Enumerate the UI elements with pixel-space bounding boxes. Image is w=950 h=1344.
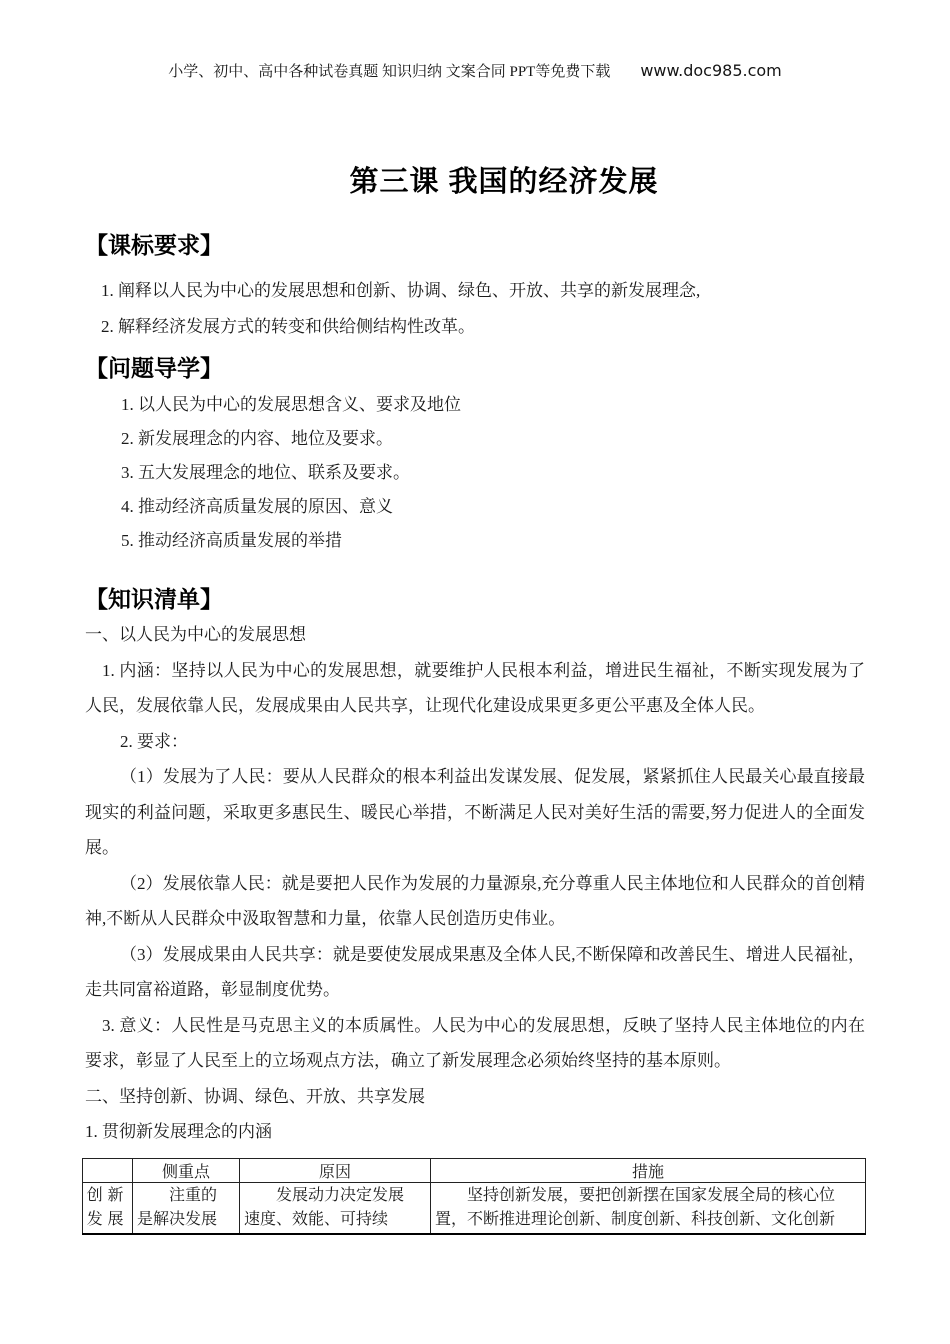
guide-question-item: 4. 推动经济高质量发展的原因、意义 bbox=[85, 490, 865, 524]
document-page: 小学、初中、高中各种试卷真题 知识归纳 文案合同 PPT等免费下载www.doc… bbox=[0, 0, 950, 1235]
table-cell-focus: 注重的 是解决发展 bbox=[133, 1182, 240, 1234]
table-row: 创新 发展 注重的 是解决发展 发展动力决定发展 速度、效能、可持续 坚持创新发… bbox=[83, 1182, 866, 1234]
table-cell-label: 创新 发展 bbox=[83, 1182, 133, 1234]
site-header: 小学、初中、高中各种试卷真题 知识归纳 文案合同 PPT等免费下载www.doc… bbox=[0, 0, 950, 83]
new-development-concepts-table-wrap: 侧重点 原因 措施 创新 发展 注重的 是解决发展 发展动力决定发展 速度、效能… bbox=[85, 1158, 865, 1235]
new-development-concepts-table: 侧重点 原因 措施 创新 发展 注重的 是解决发展 发展动力决定发展 速度、效能… bbox=[82, 1158, 866, 1235]
knowledge-paragraph: （1）发展为了人民：要从人民群众的根本利益出发谋发展、促发展，紧紧抓住人民最关心… bbox=[85, 759, 865, 866]
curriculum-requirements-list: 1. 阐释以人民为中心的发展思想和创新、协调、绿色、开放、共享的新发展理念, 2… bbox=[85, 273, 865, 344]
section-heading-knowledge-list: 【知识清单】 bbox=[85, 583, 865, 615]
section-heading-guiding-questions: 【问题导学】 bbox=[85, 352, 865, 384]
site-info-text: 小学、初中、高中各种试卷真题 知识归纳 文案合同 PPT等免费下载 bbox=[168, 64, 610, 80]
table-header-empty bbox=[83, 1158, 133, 1182]
knowledge-subheading: 1. 贯彻新发展理念的内涵 bbox=[85, 1114, 865, 1150]
guide-question-item: 5. 推动经济高质量发展的举措 bbox=[85, 524, 865, 558]
requirement-item: 1. 阐释以人民为中心的发展思想和创新、协调、绿色、开放、共享的新发展理念, bbox=[85, 273, 865, 309]
knowledge-paragraph: 2. 要求： bbox=[85, 724, 865, 760]
knowledge-paragraph: （2）发展依靠人民：就是要把人民作为发展的力量源泉,充分尊重人民主体地位和人民群… bbox=[85, 866, 865, 937]
guide-question-item: 2. 新发展理念的内容、地位及要求。 bbox=[85, 422, 865, 456]
page-title: 第三课 我国的经济发展 bbox=[85, 161, 865, 203]
table-header-measures: 措施 bbox=[431, 1158, 866, 1182]
section-heading-curriculum-requirements: 【课标要求】 bbox=[85, 229, 865, 261]
table-header-focus: 侧重点 bbox=[133, 1158, 240, 1182]
knowledge-paragraph: 1. 内涵：坚持以人民为中心的发展思想，就要维护人民根本利益，增进民生福祉，不断… bbox=[85, 653, 865, 724]
site-url: www.doc985.com bbox=[640, 61, 781, 80]
knowledge-subheading: 二、坚持创新、协调、绿色、开放、共享发展 bbox=[85, 1079, 865, 1115]
table-cell-reason: 发展动力决定发展 速度、效能、可持续 bbox=[240, 1182, 431, 1234]
knowledge-body: 一、以人民为中心的发展思想 1. 内涵：坚持以人民为中心的发展思想，就要维护人民… bbox=[85, 617, 865, 1150]
guide-question-item: 1. 以人民为中心的发展思想含义、要求及地位 bbox=[85, 388, 865, 422]
requirement-item: 2. 解释经济发展方式的转变和供给侧结构性改革。 bbox=[85, 309, 865, 345]
document-content: 第三课 我国的经济发展 【课标要求】 1. 阐释以人民为中心的发展思想和创新、协… bbox=[0, 161, 950, 1235]
knowledge-paragraph: （3）发展成果由人民共享：就是要使发展成果惠及全体人民,不断保障和改善民生、增进… bbox=[85, 937, 865, 1008]
guide-question-item: 3. 五大发展理念的地位、联系及要求。 bbox=[85, 456, 865, 490]
guiding-questions-list: 1. 以人民为中心的发展思想含义、要求及地位 2. 新发展理念的内容、地位及要求… bbox=[85, 388, 865, 558]
table-cell-measures: 坚持创新发展，要把创新摆在国家发展全局的核心位 置，不断推进理论创新、制度创新、… bbox=[431, 1182, 866, 1234]
table-header-row: 侧重点 原因 措施 bbox=[83, 1158, 866, 1182]
knowledge-subheading: 一、以人民为中心的发展思想 bbox=[85, 617, 865, 653]
table-header-reason: 原因 bbox=[240, 1158, 431, 1182]
knowledge-paragraph: 3. 意义：人民性是马克思主义的本质属性。人民为中心的发展思想，反映了坚持人民主… bbox=[85, 1008, 865, 1079]
